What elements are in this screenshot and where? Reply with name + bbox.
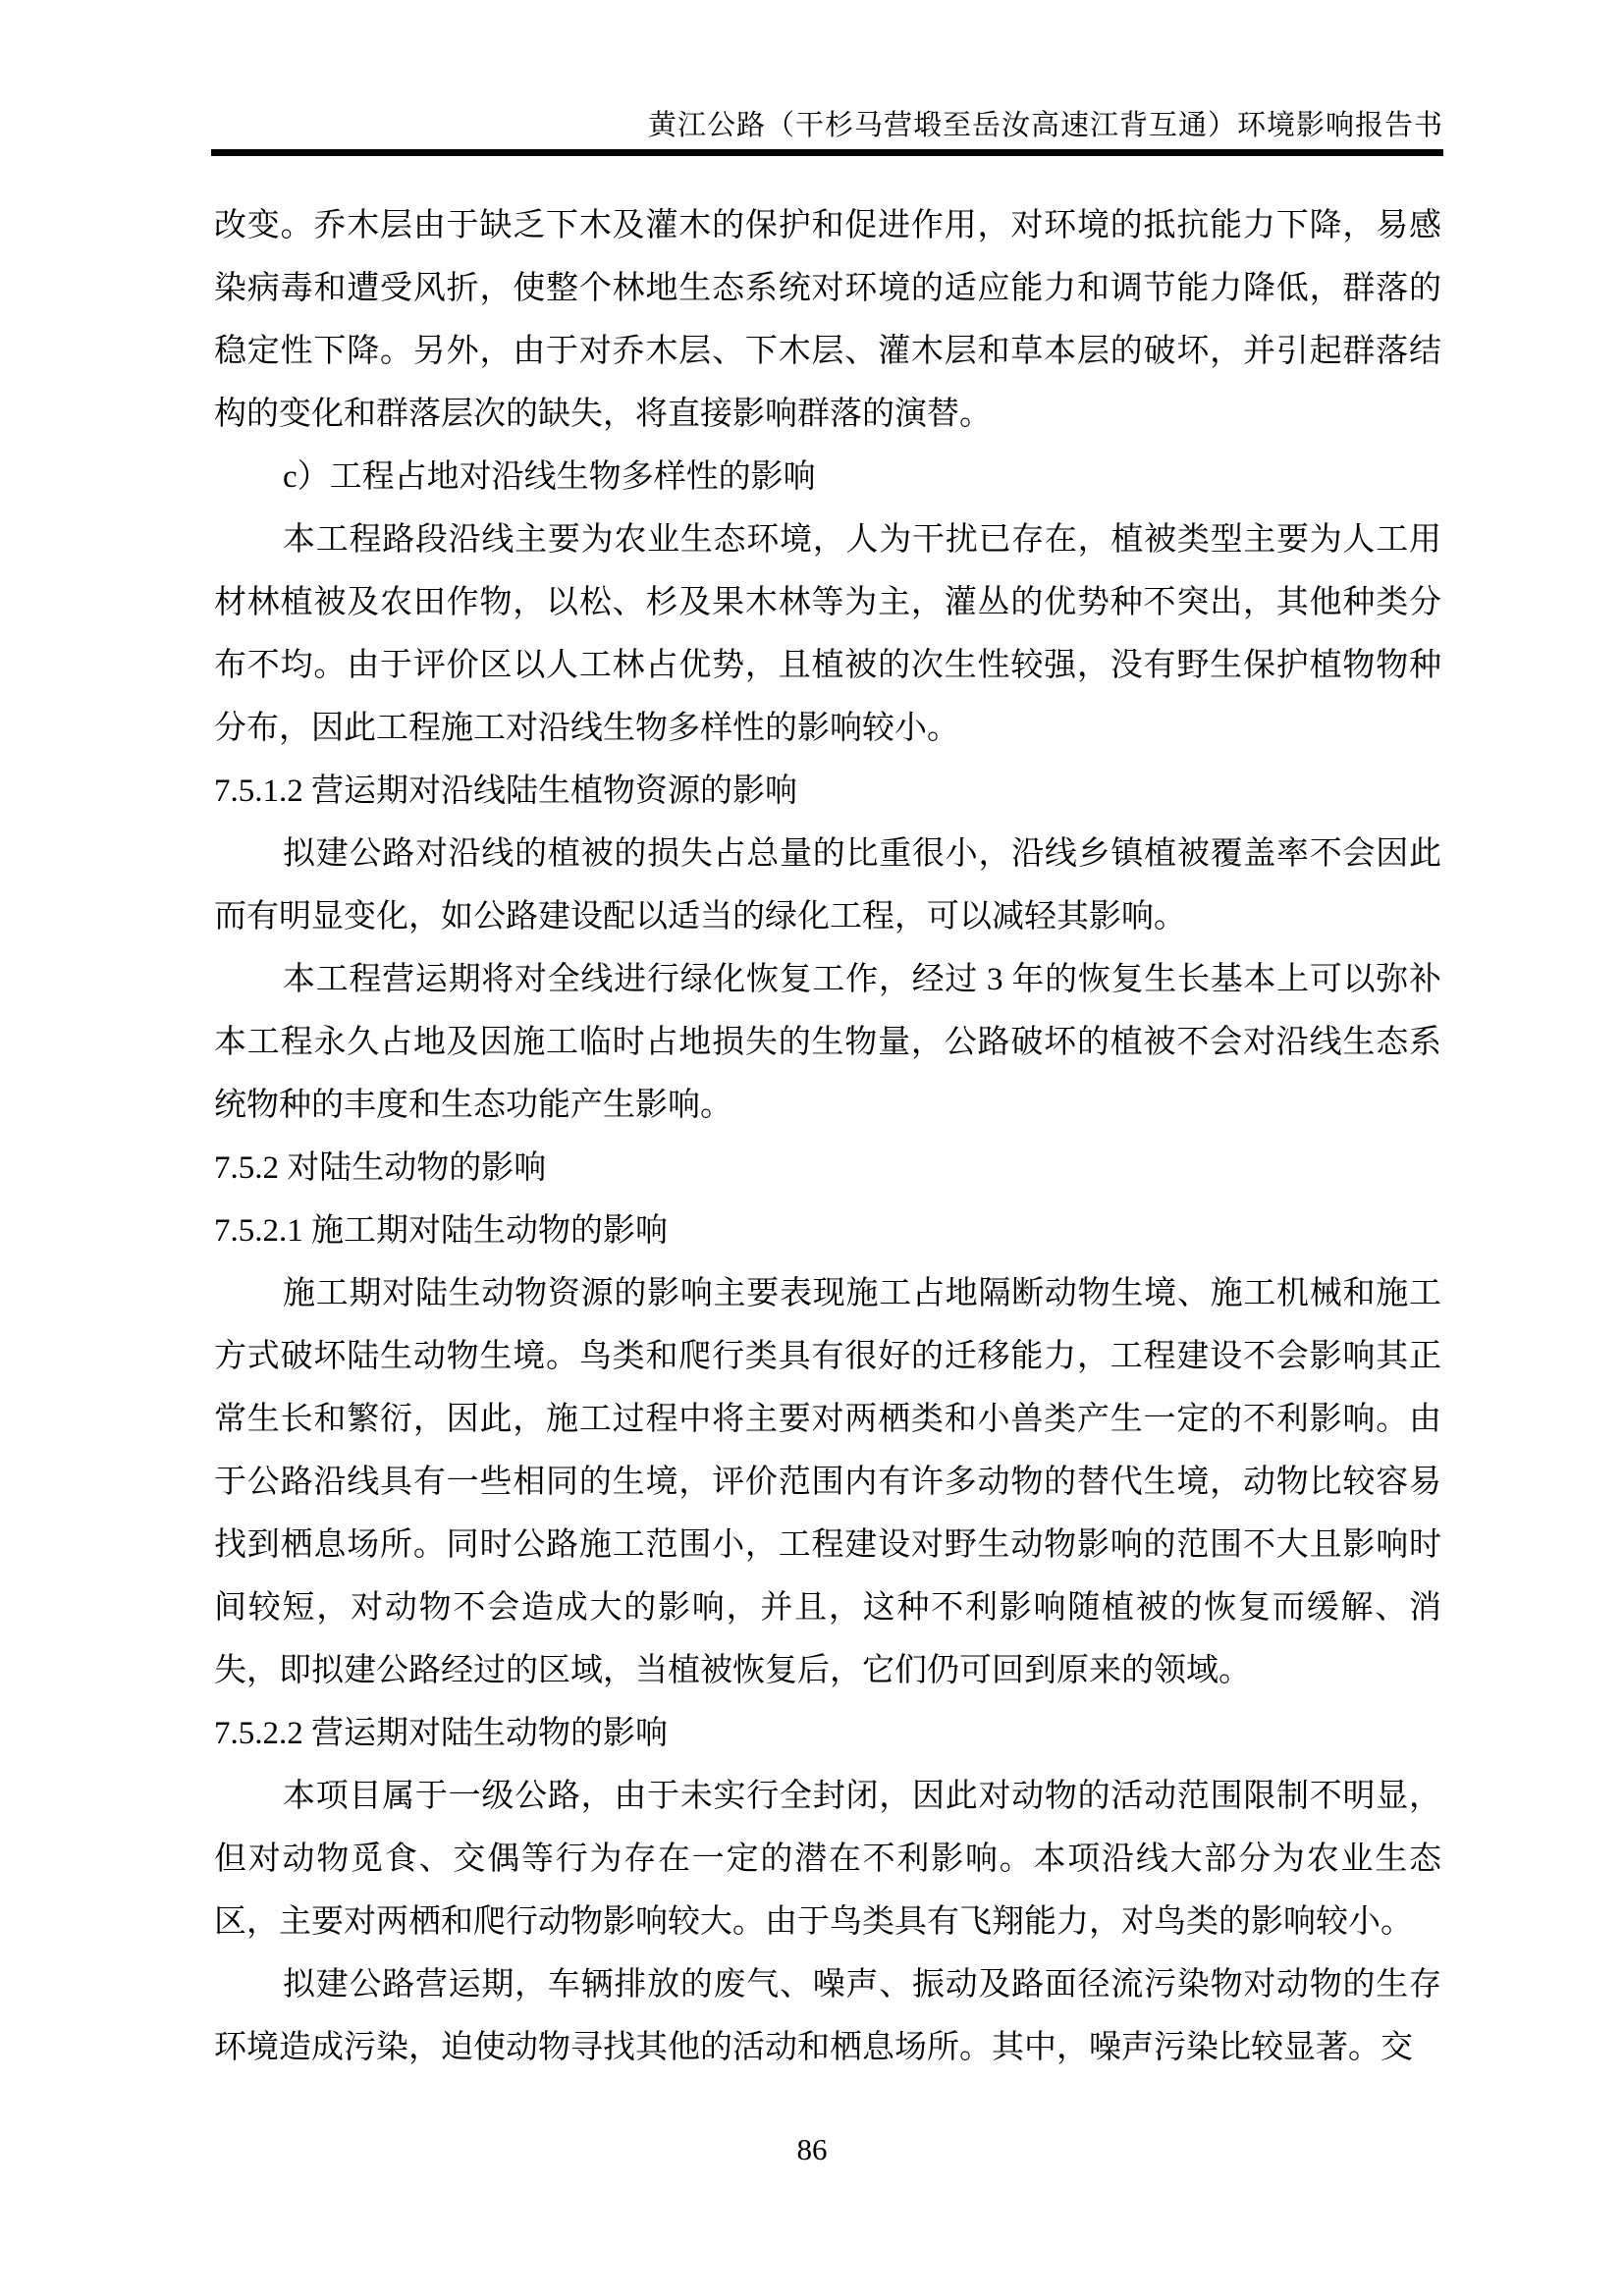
page-header: 黄江公路（干杉马营塅至岳汝高速江背互通）环境影响报告书 [211, 0, 1443, 156]
paragraph-continued: 改变。乔木层由于缺乏下木及灌木的保护和促进作用，对环境的抵抗能力下降，易感染病毒… [214, 194, 1441, 446]
paragraph: 本项目属于一级公路，由于未实行全封闭，因此对动物的活动范围限制不明显，但对动物觅… [214, 1765, 1441, 1953]
section-heading-7-5-1-2: 7.5.1.2 营运期对沿线陆生植物资源的影响 [214, 760, 1441, 823]
document-page: 黄江公路（干杉马营塅至岳汝高速江背互通）环境影响报告书 改变。乔木层由于缺乏下木… [0, 0, 1624, 2296]
paragraph: 本工程路段沿线主要为农业生态环境，人为干扰已存在，植被类型主要为人工用材林植被及… [214, 508, 1441, 760]
list-item-c: c）工程占地对沿线生物多样性的影响 [214, 446, 1441, 508]
section-heading-7-5-2: 7.5.2 对陆生动物的影响 [214, 1137, 1441, 1200]
paragraph: 本工程营运期将对全线进行绿化恢复工作，经过 3 年的恢复生长基本上可以弥补本工程… [214, 948, 1441, 1137]
page-number: 86 [797, 2132, 828, 2166]
running-header-title: 黄江公路（干杉马营塅至岳汝高速江背互通）环境影响报告书 [211, 0, 1443, 145]
document-body: 改变。乔木层由于缺乏下木及灌木的保护和促进作用，对环境的抵抗能力下降，易感染病毒… [214, 194, 1441, 2079]
section-heading-7-5-2-2: 7.5.2.2 营运期对陆生动物的影响 [214, 1702, 1441, 1765]
header-divider-rule [211, 149, 1443, 156]
paragraph: 施工期对陆生动物资源的影响主要表现施工占地隔断动物生境、施工机械和施工方式破坏陆… [214, 1262, 1441, 1702]
paragraph: 拟建公路对沿线的植被的损失占总量的比重很小，沿线乡镇植被覆盖率不会因此而有明显变… [214, 823, 1441, 948]
paragraph: 拟建公路营运期，车辆排放的废气、噪声、振动及路面径流污染物对动物的生存环境造成污… [214, 1953, 1441, 2079]
section-heading-7-5-2-1: 7.5.2.1 施工期对陆生动物的影响 [214, 1200, 1441, 1262]
page-footer: 86 [0, 2128, 1624, 2171]
